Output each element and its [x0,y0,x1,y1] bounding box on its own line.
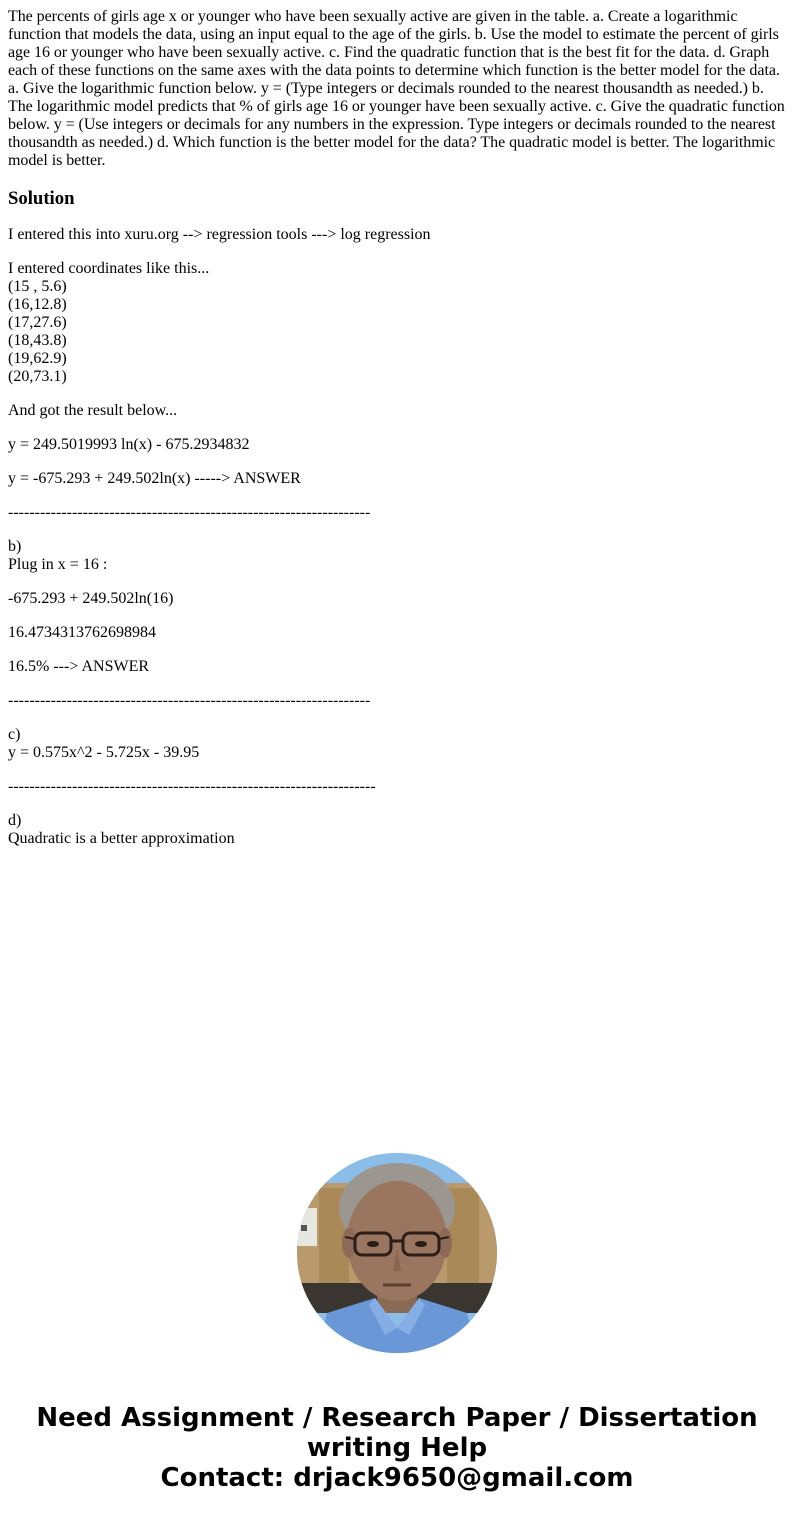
log-result: y = 249.5019993 ln(x) - 675.2934832 [8,436,788,454]
part-b-expression: -675.293 + 249.502ln(16) [8,590,788,608]
portrait-image [297,1153,497,1353]
part-b-instruction: Plug in x = 16 : [8,556,788,574]
coordinate-item: (20,73.1) [8,368,788,386]
separator: ----------------------------------------… [8,778,788,796]
footer-line-1: Need Assignment / Research Paper / Disse… [0,1403,794,1433]
solution-heading: Solution [8,188,788,210]
part-b-label: b) [8,538,788,556]
part-c-label: c) [8,726,788,744]
coordinate-item: (17,27.6) [8,314,788,332]
coordinate-item: (18,43.8) [8,332,788,350]
footer-line-2: writing Help [0,1433,794,1463]
part-c-equation: y = 0.575x^2 - 5.725x - 39.95 [8,744,788,762]
coordinate-item: (16,12.8) [8,296,788,314]
part-b-answer: 16.5% ---> ANSWER [8,658,788,676]
tutor-photo [297,1153,497,1353]
part-d-block: d) Quadratic is a better approximation [8,812,788,848]
part-b-block: b) Plug in x = 16 : [8,538,788,574]
document-content: The percents of girls age x or younger w… [8,8,788,864]
result-intro: And got the result below... [8,402,788,420]
footer-contact: Contact: drjack9650@gmail.com [0,1463,794,1493]
separator: ----------------------------------------… [8,692,788,710]
part-d-label: d) [8,812,788,830]
contact-footer: Need Assignment / Research Paper / Disse… [0,1403,794,1493]
part-b-raw-value: 16.4734313762698984 [8,624,788,642]
coordinates-intro: I entered coordinates like this... [8,260,788,278]
log-answer: y = -675.293 + 249.502ln(x) -----> ANSWE… [8,470,788,488]
part-c-block: c) y = 0.575x^2 - 5.725x - 39.95 [8,726,788,762]
separator: ----------------------------------------… [8,504,788,522]
question-text: The percents of girls age x or younger w… [8,8,788,170]
part-d-answer: Quadratic is a better approximation [8,830,788,848]
solution-intro: I entered this into xuru.org --> regress… [8,226,788,244]
coordinates-block: I entered coordinates like this... (15 ,… [8,260,788,386]
coordinate-item: (15 , 5.6) [8,278,788,296]
coordinate-item: (19,62.9) [8,350,788,368]
